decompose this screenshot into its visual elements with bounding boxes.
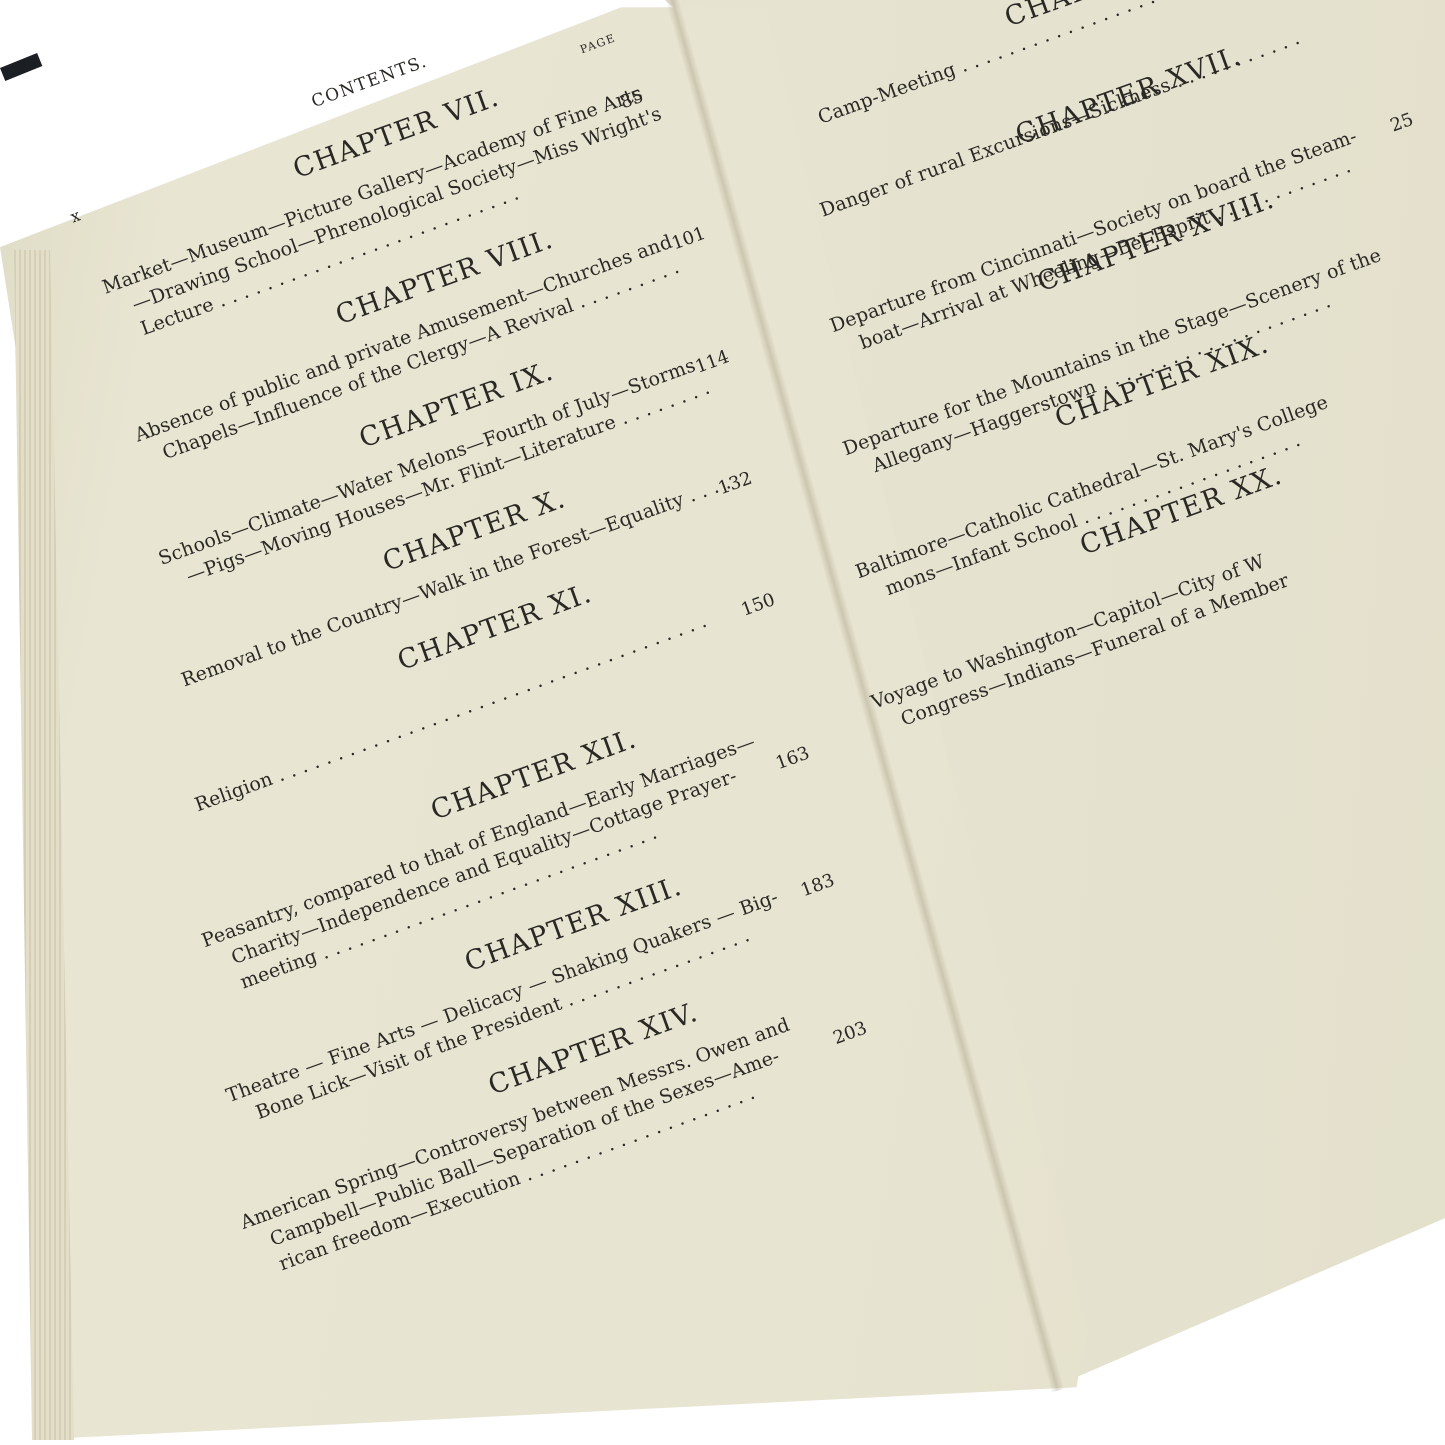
book-cover-edge [0,53,42,81]
